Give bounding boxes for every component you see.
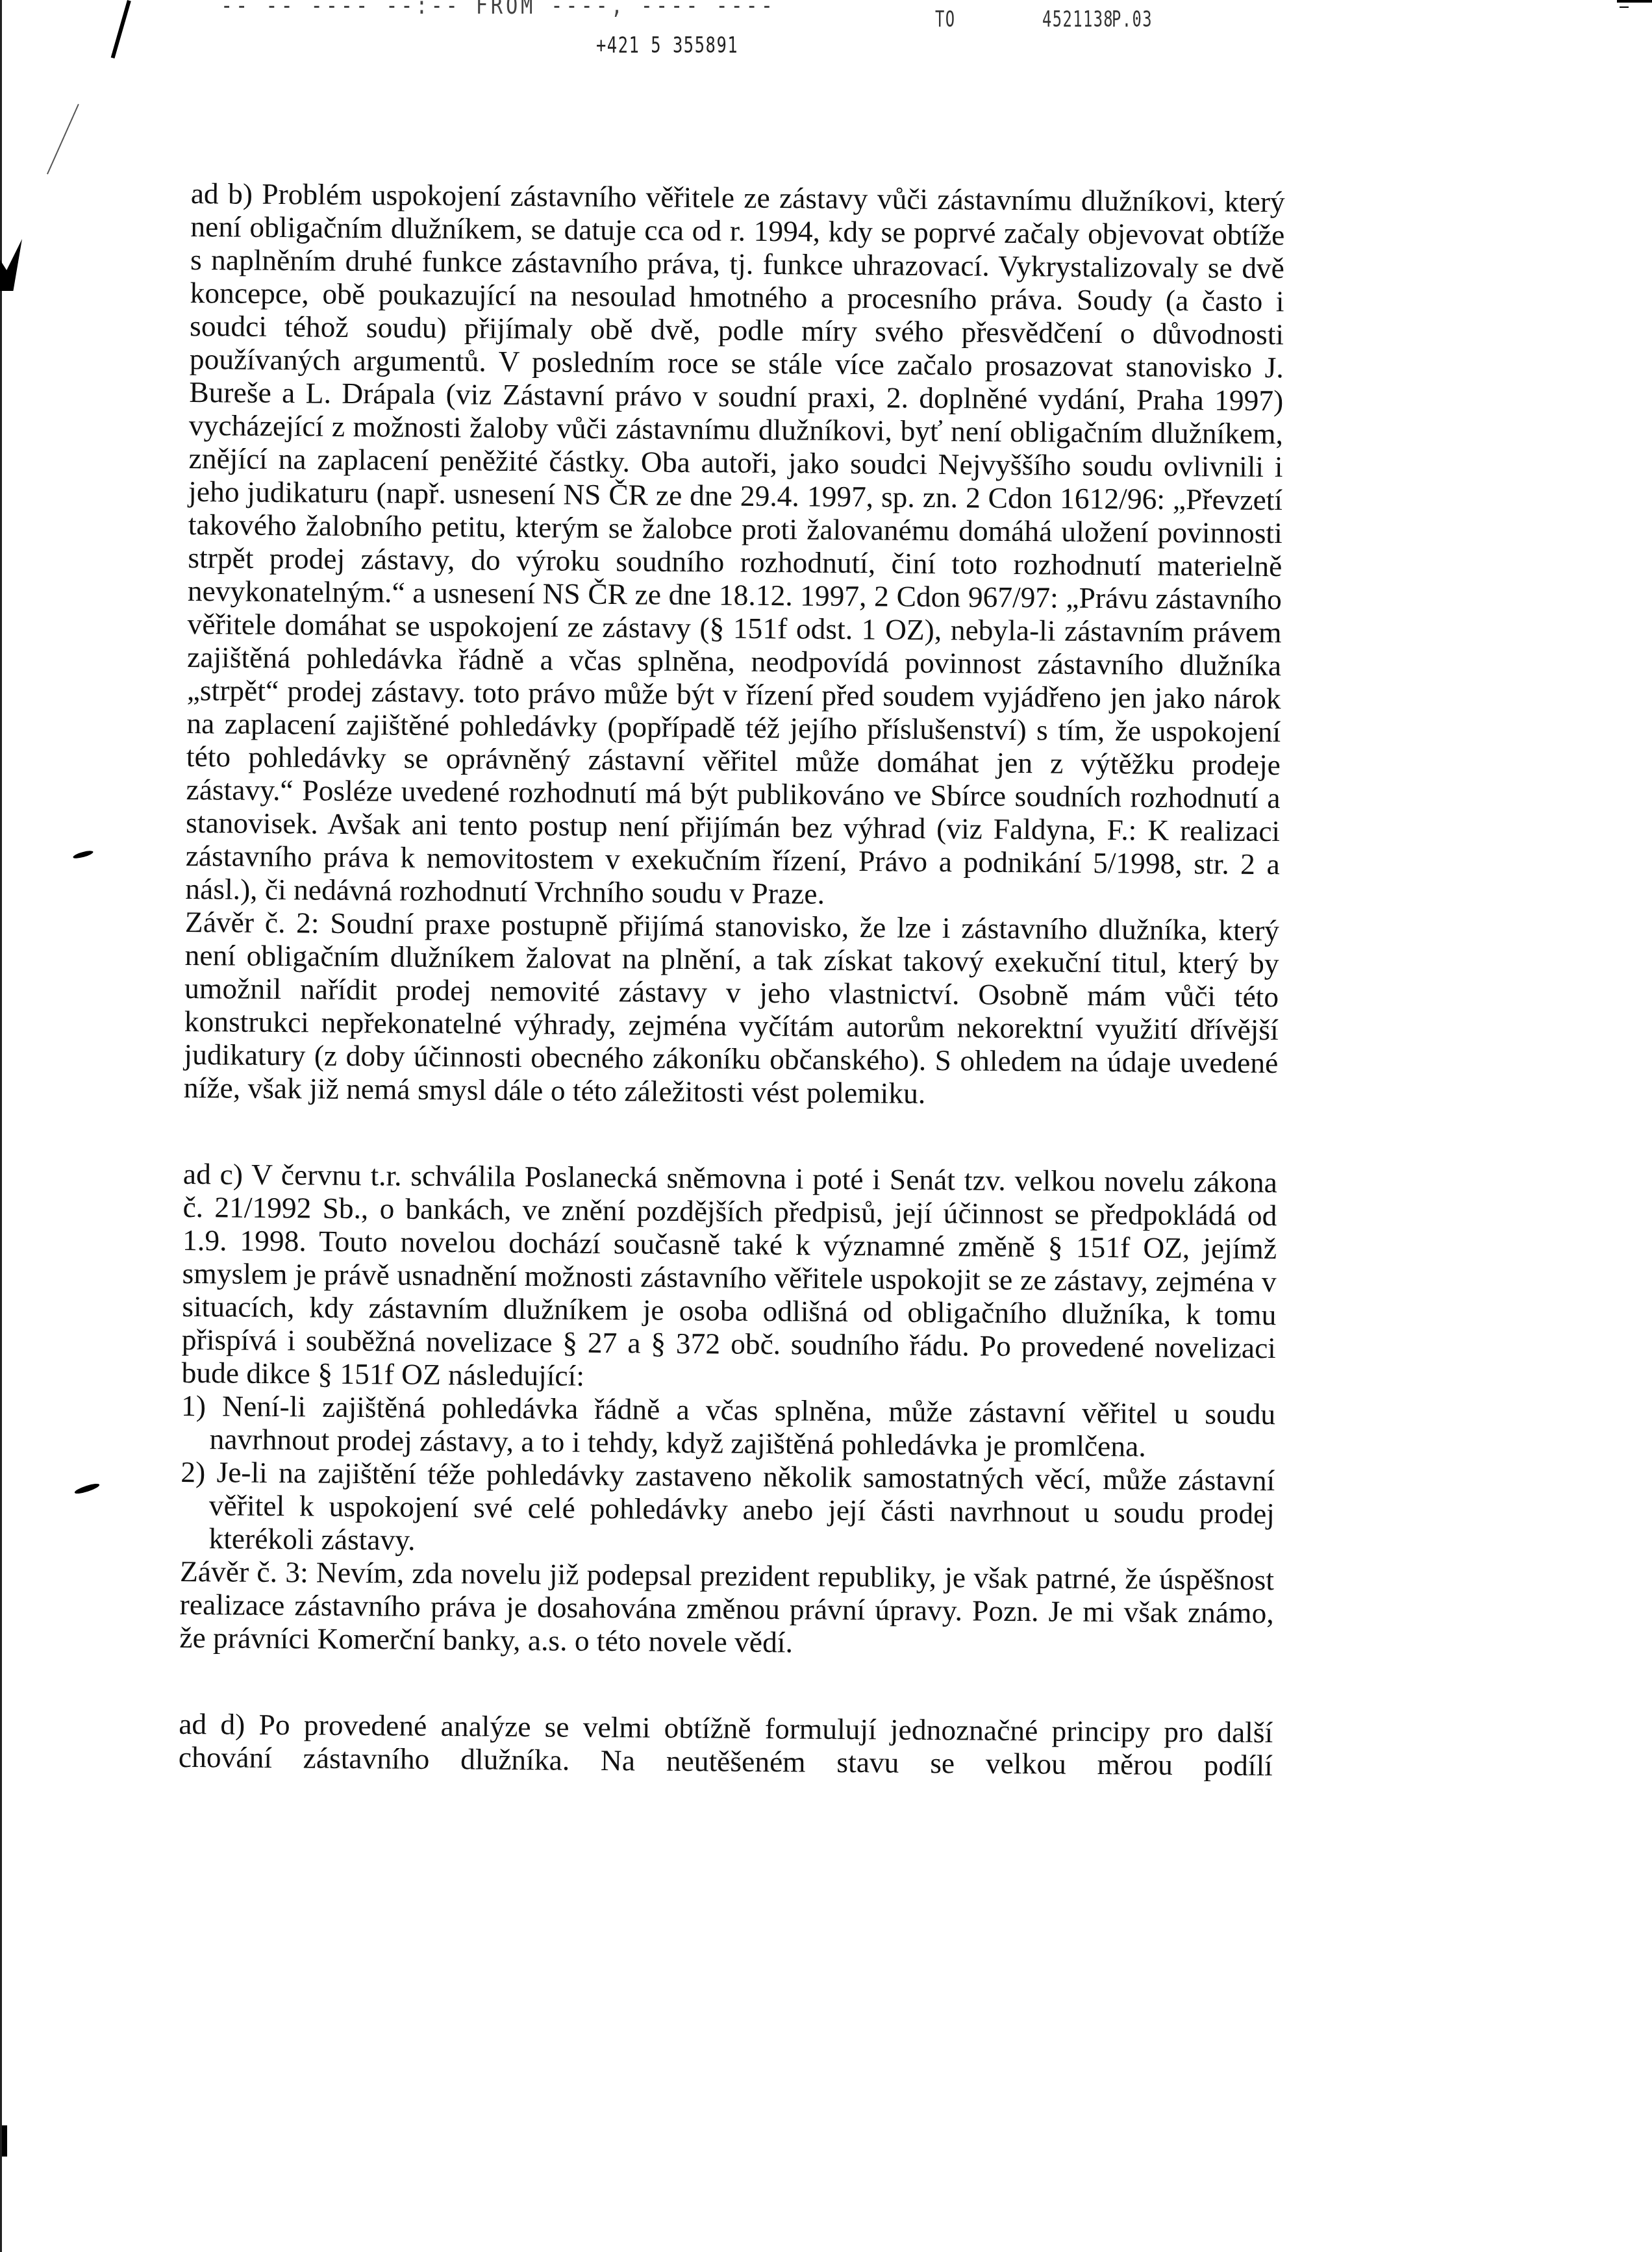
fax-to-marker: TO [935,6,955,32]
fax-number: 4521138 [1042,6,1114,32]
scan-corner-top-right [1617,0,1652,3]
list-marker: 2) [181,1455,205,1488]
section-gap [183,1104,1278,1166]
scan-stroke-top-left [111,0,131,58]
scan-tick-left [0,239,22,291]
list-marker: 1) [181,1389,206,1422]
list-item-text: Není-li zajištěná pohledávka řádně a vča… [210,1389,1276,1462]
conclusion-2: Závěr č. 2: Soudní praxe postupně přijím… [184,905,1279,1112]
scan-edge-left [0,0,2,2252]
section-c-paragraph: ad c) V červnu t.r. schválila Poslanecká… [181,1157,1277,1397]
conclusion-3: Závěr č. 3: Nevím, zda novelu již podeps… [179,1555,1274,1662]
margin-mark-1 [73,849,94,860]
fax-header-line: -- -- ---- --:-- FROM ----, ---- ---- [221,0,776,19]
margin-mark-2 [74,1482,101,1495]
scan-stroke-diagonal [47,104,79,175]
fax-page-number: P.03 [1112,6,1153,32]
list-item-2: 2) Je-li na zajištění téže pohledávky za… [180,1455,1275,1563]
scan-block-bottom-left [2,2125,7,2157]
scan-dash-top-right [1620,6,1629,8]
section-d-paragraph: ad d) Po provedené analýze se velmi obtí… [179,1707,1273,1782]
list-item-1: 1) Není-li zajištěná pohledávka řádně a … [181,1389,1276,1464]
document-body: ad b) Problém uspokojení zástavního věři… [179,177,1285,1782]
list-item-text: Je-li na zajištění téže pohledávky zasta… [208,1455,1275,1556]
section-gap [179,1654,1273,1716]
sender-phone: +421 5 355891 [596,32,738,58]
section-b-paragraph: ad b) Problém uspokojení zástavního věři… [185,177,1285,914]
